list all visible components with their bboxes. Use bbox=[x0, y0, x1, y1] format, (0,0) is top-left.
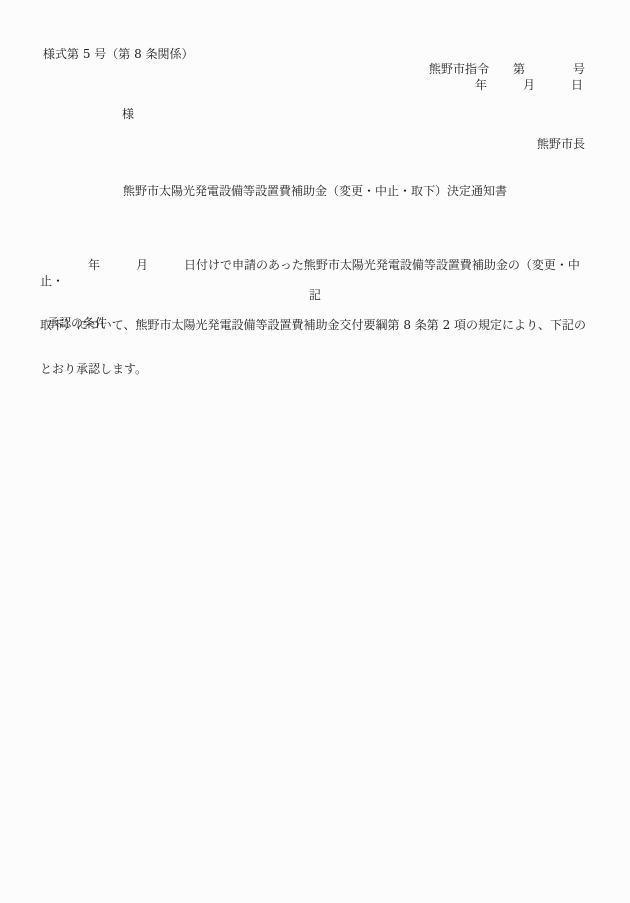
document-page: 様式第 5 号（第 8 条関係） 熊野市指令 第 号 年 月 日 様 熊野市長 … bbox=[0, 0, 630, 903]
form-number-label: 様式第 5 号（第 8 条関係） bbox=[43, 47, 194, 61]
issue-date-line: 年 月 日 bbox=[475, 78, 583, 92]
directive-number-line: 熊野市指令 第 号 bbox=[429, 62, 585, 76]
sender-mayor-name: 熊野市長 bbox=[537, 137, 585, 151]
record-marker: 記 bbox=[0, 288, 630, 302]
body-paragraph: 年 月 日付けで申請のあった熊野市太陽光発電設備等設置費補助金の（変更・中止・ … bbox=[40, 229, 594, 405]
body-line-2: 取下）について、熊野市太陽光発電設備等設置費補助金交付要綱第 8 条第 2 項の… bbox=[40, 317, 594, 333]
document-title: 熊野市太陽光発電設備等設置費補助金（変更・中止・取下）決定通知書 bbox=[0, 184, 630, 198]
body-line-3: とおり承認します。 bbox=[40, 361, 594, 377]
approval-conditions-label: 承認の条件 bbox=[47, 316, 107, 330]
body-line-1: 年 月 日付けで申請のあった熊野市太陽光発電設備等設置費補助金の（変更・中止・ bbox=[40, 257, 594, 289]
addressee-honorific: 様 bbox=[122, 107, 134, 121]
